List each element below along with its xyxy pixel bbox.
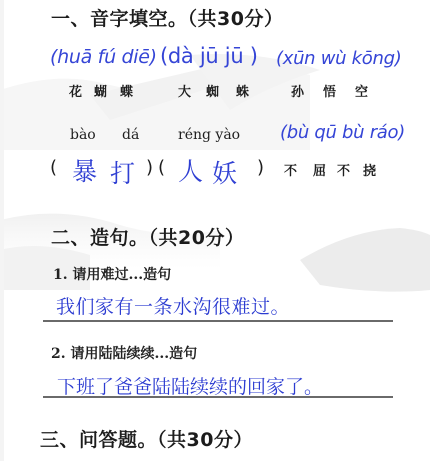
section-3-title: 三、问答题。（共30分） xyxy=(40,425,253,452)
hanzi-hu: 蝴 xyxy=(94,81,107,100)
answer-da: 打 xyxy=(110,154,135,190)
hanzi-wu: 悟 xyxy=(323,81,336,100)
question-2-prompt: 2. 请用陆陆续续...造句 xyxy=(51,343,197,363)
pinyin-answer-buqubunao: (bù qū bù ráo) xyxy=(280,122,405,143)
answer-yao: 妖 xyxy=(212,154,237,190)
hanzi-qu: 屈 xyxy=(313,160,326,179)
paren-close-2: ) xyxy=(257,157,264,178)
paren-open-2: ( xyxy=(158,157,165,178)
hanzi-sun: 孙 xyxy=(291,81,304,100)
pinyin-answer-sunwukong: (xūn wù kōng) xyxy=(276,48,401,69)
pinyin-bao: bào xyxy=(70,127,96,143)
hanzi-bu-1: 不 xyxy=(284,160,297,179)
hanzi-hua: 花 xyxy=(69,81,82,100)
pinyin-da: dá xyxy=(122,127,139,143)
hanzi-zhi: 蜘 xyxy=(206,81,219,100)
pinyin-answer-hudie: (huā fú diē) xyxy=(50,46,157,68)
hanzi-zhu: 蛛 xyxy=(236,81,249,100)
answer-line-1 xyxy=(43,320,393,322)
paren-open-1: ( xyxy=(50,157,57,178)
hanzi-nao: 挠 xyxy=(363,160,376,179)
section-1-title: 一、音字填空。（共30分） xyxy=(51,4,283,31)
answer-ren: 人 xyxy=(178,152,203,188)
pinyin-reng-yao: réng yào xyxy=(178,127,240,143)
hanzi-da: 大 xyxy=(178,81,191,100)
paren-close-1: ) xyxy=(146,157,153,178)
answer-bao: 暴 xyxy=(72,152,97,188)
hanzi-die: 蝶 xyxy=(120,81,133,100)
hanzi-kong: 空 xyxy=(355,81,368,100)
question-1-answer: 我们家有一条水沟很难过。 xyxy=(56,292,290,319)
question-2-answer: 下班了爸爸陆陆续续的回家了。 xyxy=(57,372,323,399)
question-1-prompt: 1. 请用难过...造句 xyxy=(53,264,171,284)
hanzi-bu-2: 不 xyxy=(337,160,350,179)
pinyin-answer-zhizhu: (dà jū jū ) xyxy=(160,44,258,68)
section-2-title: 二、造句。（共20分） xyxy=(51,223,244,250)
answer-line-2 xyxy=(43,396,393,398)
